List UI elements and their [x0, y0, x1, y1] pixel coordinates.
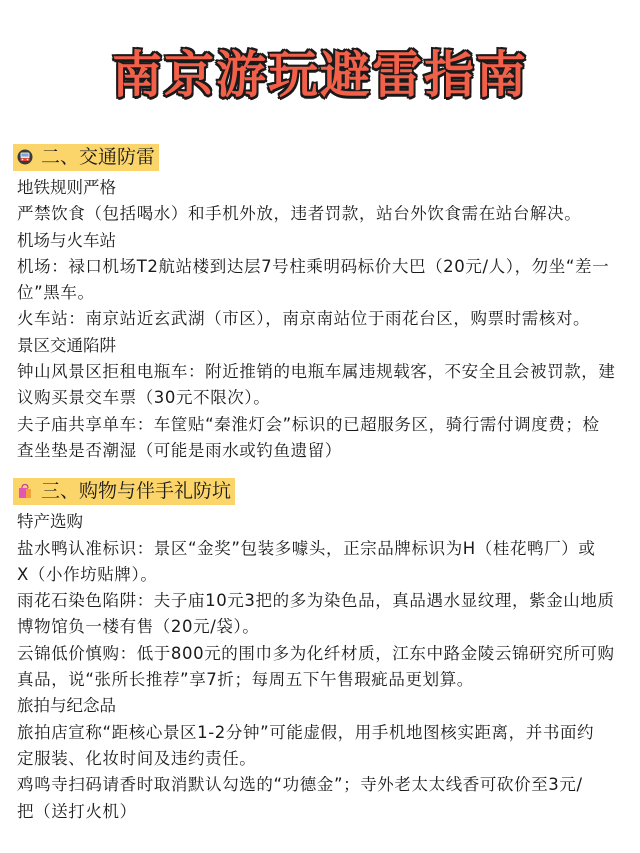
section-heading-text: 二、交通防雷: [41, 146, 155, 168]
section-shopping: 三、购物与伴手礼防坑 特产选购 盐水鸭认准标识：景区“金奖”包装多噱头，正宗品牌…: [17, 478, 640, 825]
section-transport: 二、交通防雷 地铁规则严格 严禁饮食（包括喝水）和手机外放，违者罚款，站台外饮食…: [17, 144, 640, 464]
text-line: 定服装、化妆时间及违约责任。: [17, 746, 640, 772]
section-heading-text: 三、购物与伴手礼防坑: [41, 480, 231, 502]
text-line: 盐水鸭认准标识：景区“金奖”包装多噱头，正宗品牌标识为H（桂花鸭厂）或: [17, 536, 640, 562]
text-line: 真品，说“张所长推荐”享7折；每周五下午售瑕疵品更划算。: [17, 667, 640, 693]
text-line: 夫子庙共享单车：车筐贴“秦淮灯会”标识的已超服务区，骑行需付调度费；检: [17, 412, 640, 438]
subheading-specialties: 特产选购: [17, 509, 640, 535]
shopping-bag-icon: [17, 480, 33, 496]
section-heading-shopping: 三、购物与伴手礼防坑: [13, 478, 235, 505]
text-line: 查坐垫是否潮湿（可能是雨水或钓鱼遗留）: [17, 438, 640, 464]
subheading-scenic-transport: 景区交通陷阱: [17, 333, 640, 359]
text-line: 位”黑车。: [17, 280, 640, 306]
text-line: 雨花石染色陷阱：夫子庙10元3把的多为染色品，真品遇水显纹理，紫金山地质: [17, 588, 640, 614]
subheading-metro: 地铁规则严格: [17, 175, 640, 201]
page-title: 南京游玩避雷指南: [112, 40, 528, 110]
metro-train-icon: [17, 146, 33, 162]
text-line: 议购买景交车票（30元不限次）。: [17, 385, 640, 411]
title-container: 南京游玩避雷指南: [0, 40, 640, 110]
text-line: 钟山风景区拒租电瓶车：附近推销的电瓶车属违规载客，不安全且会被罚款，建: [17, 359, 640, 385]
section-heading-transport: 二、交通防雷: [13, 144, 159, 171]
subheading-photo-souvenirs: 旅拍与纪念品: [17, 693, 640, 719]
text-line: 机场：禄口机场T2航站楼到达层7号柱乘明码标价大巴（20元/人），勿坐“差一: [17, 254, 640, 280]
text-line: 严禁饮食（包括喝水）和手机外放，违者罚款，站台外饮食需在站台解决。: [17, 201, 640, 227]
text-line: 云锦低价慎购：低于800元的围巾多为化纤材质，江东中路金陵云锦研究所可购: [17, 641, 640, 667]
text-line: 旅拍店宣称“距核心景区1-2分钟”可能虚假，用手机地图核实距离，并书面约: [17, 720, 640, 746]
text-line: X（小作坊贴牌）。: [17, 562, 640, 588]
text-line: 鸡鸣寺扫码请香时取消默认勾选的“功德金”；寺外老太太线香可砍价至3元/: [17, 772, 640, 798]
text-line: 博物馆负一楼有售（20元/袋）。: [17, 614, 640, 640]
guide-content: 二、交通防雷 地铁规则严格 严禁饮食（包括喝水）和手机外放，违者罚款，站台外饮食…: [17, 144, 640, 825]
text-line: 把（送打火机）: [17, 799, 640, 825]
section-divider-space: [17, 464, 640, 478]
subheading-airport-station: 机场与火车站: [17, 228, 640, 254]
text-line: 火车站：南京站近玄武湖（市区），南京南站位于雨花台区，购票时需核对。: [17, 306, 640, 332]
